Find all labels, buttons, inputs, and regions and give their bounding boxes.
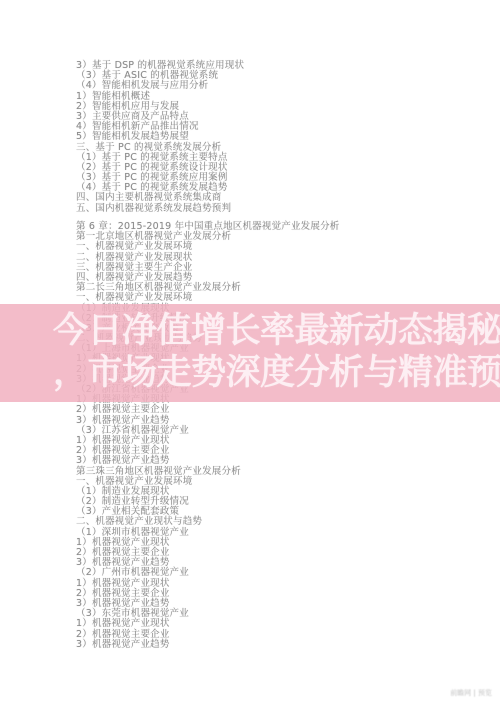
title-overlay-banner: 今日净值增长率最新动态揭秘 ，市场走势深度分析与精准预: [0, 304, 500, 402]
toc-line: 五、国内机器视觉系统发展趋势预判: [76, 204, 500, 214]
toc-line: 3）机器视觉产业趋势: [76, 456, 500, 466]
toc-line: 5）智能相机发展趋势展望: [76, 132, 500, 142]
overlay-title-line-2: ，市场走势深度分析与精准预: [53, 352, 500, 394]
overlay-title-line-1: 今日净值增长率最新动态揭秘: [53, 310, 500, 352]
toc-line: 3）机器视觉产业趋势: [76, 640, 500, 650]
document-page: 3）基于 DSP 的机器视觉系统应用现状（3）基于 ASIC 的机器视觉系统（4…: [0, 0, 500, 707]
toc-section-chapter5: 3）基于 DSP 的机器视觉系统应用现状（3）基于 ASIC 的机器视觉系统（4…: [76, 61, 500, 214]
toc-line: 一、机器视觉产业发展环境: [76, 293, 500, 303]
title-overlay-inner: 今日净值增长率最新动态揭秘 ，市场走势深度分析与精准预: [0, 304, 500, 394]
toc-line: 1）机器视觉产业现状: [76, 619, 500, 629]
toc-section-chapter6: 第 6 章：2015-2019 年中国重点地区机器视觉产业发展分析第一北京地区机…: [76, 222, 500, 650]
watermark: 前瞻网 | 预览: [450, 688, 492, 698]
